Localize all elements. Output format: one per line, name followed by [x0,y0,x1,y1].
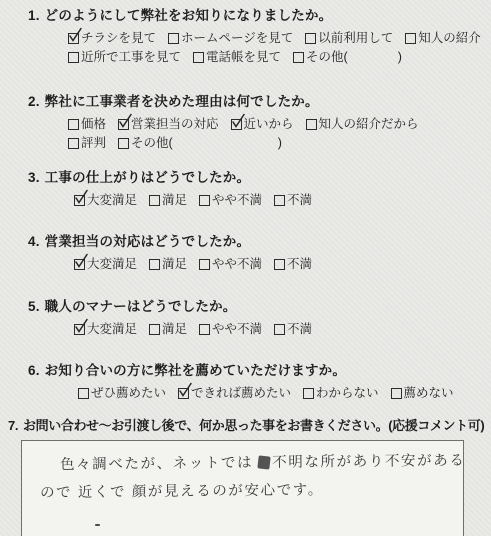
question-number: 1. [28,8,40,23]
option-label: わからない [316,385,379,402]
question-number: 4. [28,234,40,249]
option-row: 大変満足満足やや不満不満 [74,192,491,211]
checkbox-unchecked-icon[interactable] [199,195,210,206]
question-number: 7. [8,418,18,433]
checkbox-option[interactable]: できれば薦めたい [178,385,291,402]
checkbox-option[interactable]: 知人の紹介 [405,30,481,47]
question-5-title: 5.職人のマナーはどうでしたか。 [28,297,491,316]
checkbox-checked-icon[interactable] [74,259,85,270]
option-label: できれば薦めたい [191,385,291,402]
handwriting-text: 色々調べたが、ネットでは [60,455,253,473]
option-label: 不満 [287,256,312,273]
checkbox-checked-icon[interactable] [68,33,79,44]
closing-paren: ) [278,135,282,152]
option-label: 薦めない [404,385,454,402]
option-label: やや不満 [212,321,262,338]
checkbox-option[interactable]: やや不満 [199,321,262,338]
question-3-title: 3.工事の仕上がりはどうでしたか。 [28,168,491,187]
question-4-title: 4.営業担当の対応はどうでしたか。 [28,232,491,251]
checkbox-unchecked-icon[interactable] [193,52,204,63]
option-label: やや不満 [212,256,262,273]
checkbox-unchecked-icon[interactable] [68,52,79,63]
checkbox-unchecked-icon[interactable] [149,324,160,335]
checkbox-option[interactable]: 大変満足 [74,256,137,273]
option-row: チラシを見てホームページを見て以前利用して知人の紹介 [68,30,491,49]
option-label: 営業担当の対応 [131,116,219,133]
scribbled-out-character [258,455,271,469]
checkbox-option[interactable]: 営業担当の対応 [118,116,219,133]
question-list: 1.どのようにして弊社をお知りになりましたか。チラシを見てホームページを見て以前… [0,0,491,435]
option-label: 電話帳を見て [206,49,281,66]
option-label: ぜひ薦めたい [91,385,166,402]
question-2-options: 価格営業担当の対応近いから知人の紹介だから評判その他() [68,116,491,154]
question-5-options: 大変満足満足やや不満不満 [74,321,491,340]
option-label: ホームページを見て [181,30,293,47]
option-label: チラシを見て [81,30,156,47]
checkbox-option[interactable]: 不満 [274,321,312,338]
question-text: 営業担当の対応はどうでしたか。 [45,234,251,249]
checkbox-option[interactable]: チラシを見て [68,30,156,47]
question-text: お問い合わせ～お引渡し後で、何か思った事をお書きください。(応援コメント可) [23,418,484,433]
question-2: 2.弊社に工事業者を決めた理由は何でしたか。価格営業担当の対応近いから知人の紹介… [28,92,491,154]
question-number: 6. [28,363,40,378]
question-7: 7.お問い合わせ～お引渡し後で、何か思った事をお書きください。(応援コメント可) [8,416,491,435]
option-label: 評判 [81,135,106,152]
option-label: その他( [306,49,348,66]
question-3: 3.工事の仕上がりはどうでしたか。大変満足満足やや不満不満 [28,168,491,211]
checkbox-option[interactable]: 薦めない [391,385,454,402]
checkbox-option[interactable]: 満足 [149,192,187,209]
checkbox-option[interactable]: 不満 [274,192,312,209]
checkbox-unchecked-icon[interactable] [78,388,89,399]
option-label: 知人の紹介だから [319,116,419,133]
survey-form: 1.どのようにして弊社をお知りになりましたか。チラシを見てホームページを見て以前… [0,0,491,536]
checkbox-checked-icon[interactable] [74,324,85,335]
question-text: 弊社に工事業者を決めた理由は何でしたか。 [45,94,319,109]
checkbox-option[interactable]: その他() [118,135,282,152]
question-1: 1.どのようにして弊社をお知りになりましたか。チラシを見てホームページを見て以前… [28,0,491,68]
option-label: その他( [131,135,173,152]
checkbox-option[interactable]: 価格 [68,116,106,133]
option-row: 価格営業担当の対応近いから知人の紹介だから [68,116,491,135]
checkbox-option[interactable]: 近いから [231,116,294,133]
option-label: 満足 [162,321,187,338]
checkbox-option[interactable]: 評判 [68,135,106,152]
checkbox-unchecked-icon[interactable] [68,138,79,149]
question-2-title: 2.弊社に工事業者を決めた理由は何でしたか。 [28,92,491,111]
option-label: 大変満足 [87,321,137,338]
question-number: 3. [28,170,40,185]
option-label: 大変満足 [87,256,137,273]
checkbox-option[interactable]: ぜひ薦めたい [78,385,166,402]
checkbox-option[interactable]: 近所で工事を見て [68,49,181,66]
question-1-options: チラシを見てホームページを見て以前利用して知人の紹介近所で工事を見て電話帳を見て… [68,30,491,68]
handwritten-comment-line-1: 色々調べたが、ネットでは不明な所があり不安がある [60,449,463,474]
option-row: ぜひ薦めたいできれば薦めたいわからない薦めない [78,385,491,404]
option-label: やや不満 [212,192,262,209]
checkbox-option[interactable]: 満足 [149,321,187,338]
option-label: 価格 [81,116,106,133]
checkbox-unchecked-icon[interactable] [274,195,285,206]
handwriting-text: 不明な所があり不安がある [272,453,465,471]
checkbox-checked-icon[interactable] [178,388,189,399]
question-text: 職人のマナーはどうでしたか。 [45,299,237,314]
checkbox-unchecked-icon[interactable] [168,33,179,44]
checkbox-option[interactable]: 電話帳を見て [193,49,281,66]
checkbox-option[interactable]: 大変満足 [74,192,137,209]
checkbox-option[interactable]: やや不満 [199,192,262,209]
question-1-title: 1.どのようにして弊社をお知りになりましたか。 [28,6,491,25]
question-6-options: ぜひ薦めたいできれば薦めたいわからない薦めない [78,385,491,404]
question-text: 工事の仕上がりはどうでしたか。 [45,170,251,185]
question-text: どのようにして弊社をお知りになりましたか。 [45,8,333,23]
option-row: 近所で工事を見て電話帳を見てその他() [68,49,491,68]
question-4-options: 大変満足満足やや不満不満 [74,256,491,275]
option-label: 知人の紹介 [418,30,481,47]
checkbox-unchecked-icon[interactable] [405,33,416,44]
checkbox-unchecked-icon[interactable] [305,33,316,44]
option-label: 満足 [162,192,187,209]
option-label: 不満 [287,192,312,209]
checkbox-option[interactable]: 以前利用して [305,30,393,47]
checkbox-unchecked-icon[interactable] [149,195,160,206]
checkbox-unchecked-icon[interactable] [306,119,317,130]
closing-paren: ) [398,49,402,66]
question-5: 5.職人のマナーはどうでしたか。大変満足満足やや不満不満 [28,297,491,340]
question-number: 5. [28,299,40,314]
checkbox-option[interactable]: 知人の紹介だから [306,116,419,133]
question-6-title: 6.お知り合いの方に弊社を薦めていただけますか。 [28,361,491,380]
option-label: 不満 [287,321,312,338]
option-row: 評判その他() [68,135,491,154]
checkbox-unchecked-icon[interactable] [149,259,160,270]
question-7-title: 7.お問い合わせ～お引渡し後で、何か思った事をお書きください。(応援コメント可) [8,416,491,435]
checkbox-unchecked-icon[interactable] [199,259,210,270]
checkbox-unchecked-icon[interactable] [303,388,314,399]
option-label: 以前利用して [318,30,393,47]
checkbox-checked-icon[interactable] [231,119,242,130]
checkbox-unchecked-icon[interactable] [274,259,285,270]
handwriting-text: ので 近くで 顔が見えるのが安心です。 [40,482,324,501]
checkbox-checked-icon[interactable] [118,119,129,130]
checkbox-unchecked-icon[interactable] [68,119,79,130]
question-4: 4.営業担当の対応はどうでしたか。大変満足満足やや不満不満 [28,232,491,275]
checkbox-unchecked-icon[interactable] [293,52,304,63]
checkbox-unchecked-icon[interactable] [118,138,129,149]
question-text: お知り合いの方に弊社を薦めていただけますか。 [45,363,346,378]
checkbox-unchecked-icon[interactable] [391,388,402,399]
checkbox-checked-icon[interactable] [74,195,85,206]
option-row: 大変満足満足やや不満不満 [74,256,491,275]
checkbox-option[interactable]: 満足 [149,256,187,273]
question-3-options: 大変満足満足やや不満不満 [74,192,491,211]
checkbox-unchecked-icon[interactable] [199,324,210,335]
checkbox-option[interactable]: ホームページを見て [168,30,293,47]
option-label: 近所で工事を見て [81,49,181,66]
option-label: 近いから [244,116,294,133]
checkbox-option[interactable]: その他() [293,49,402,66]
checkbox-option[interactable]: 不満 [274,256,312,273]
checkbox-option[interactable]: やや不満 [199,256,262,273]
stray-pen-mark [95,524,100,526]
question-number: 2. [28,94,40,109]
checkbox-option[interactable]: 大変満足 [74,321,137,338]
question-6: 6.お知り合いの方に弊社を薦めていただけますか。ぜひ薦めたいできれば薦めたいわか… [28,361,491,404]
handwritten-comment-line-2: ので 近くで 顔が見えるのが安心です。 [40,477,463,502]
option-row: 大変満足満足やや不満不満 [74,321,491,340]
option-label: 満足 [162,256,187,273]
checkbox-unchecked-icon[interactable] [274,324,285,335]
comment-box[interactable]: 色々調べたが、ネットでは不明な所があり不安がある ので 近くで 顔が見えるのが安… [21,440,464,536]
option-label: 大変満足 [87,192,137,209]
checkbox-option[interactable]: わからない [303,385,379,402]
